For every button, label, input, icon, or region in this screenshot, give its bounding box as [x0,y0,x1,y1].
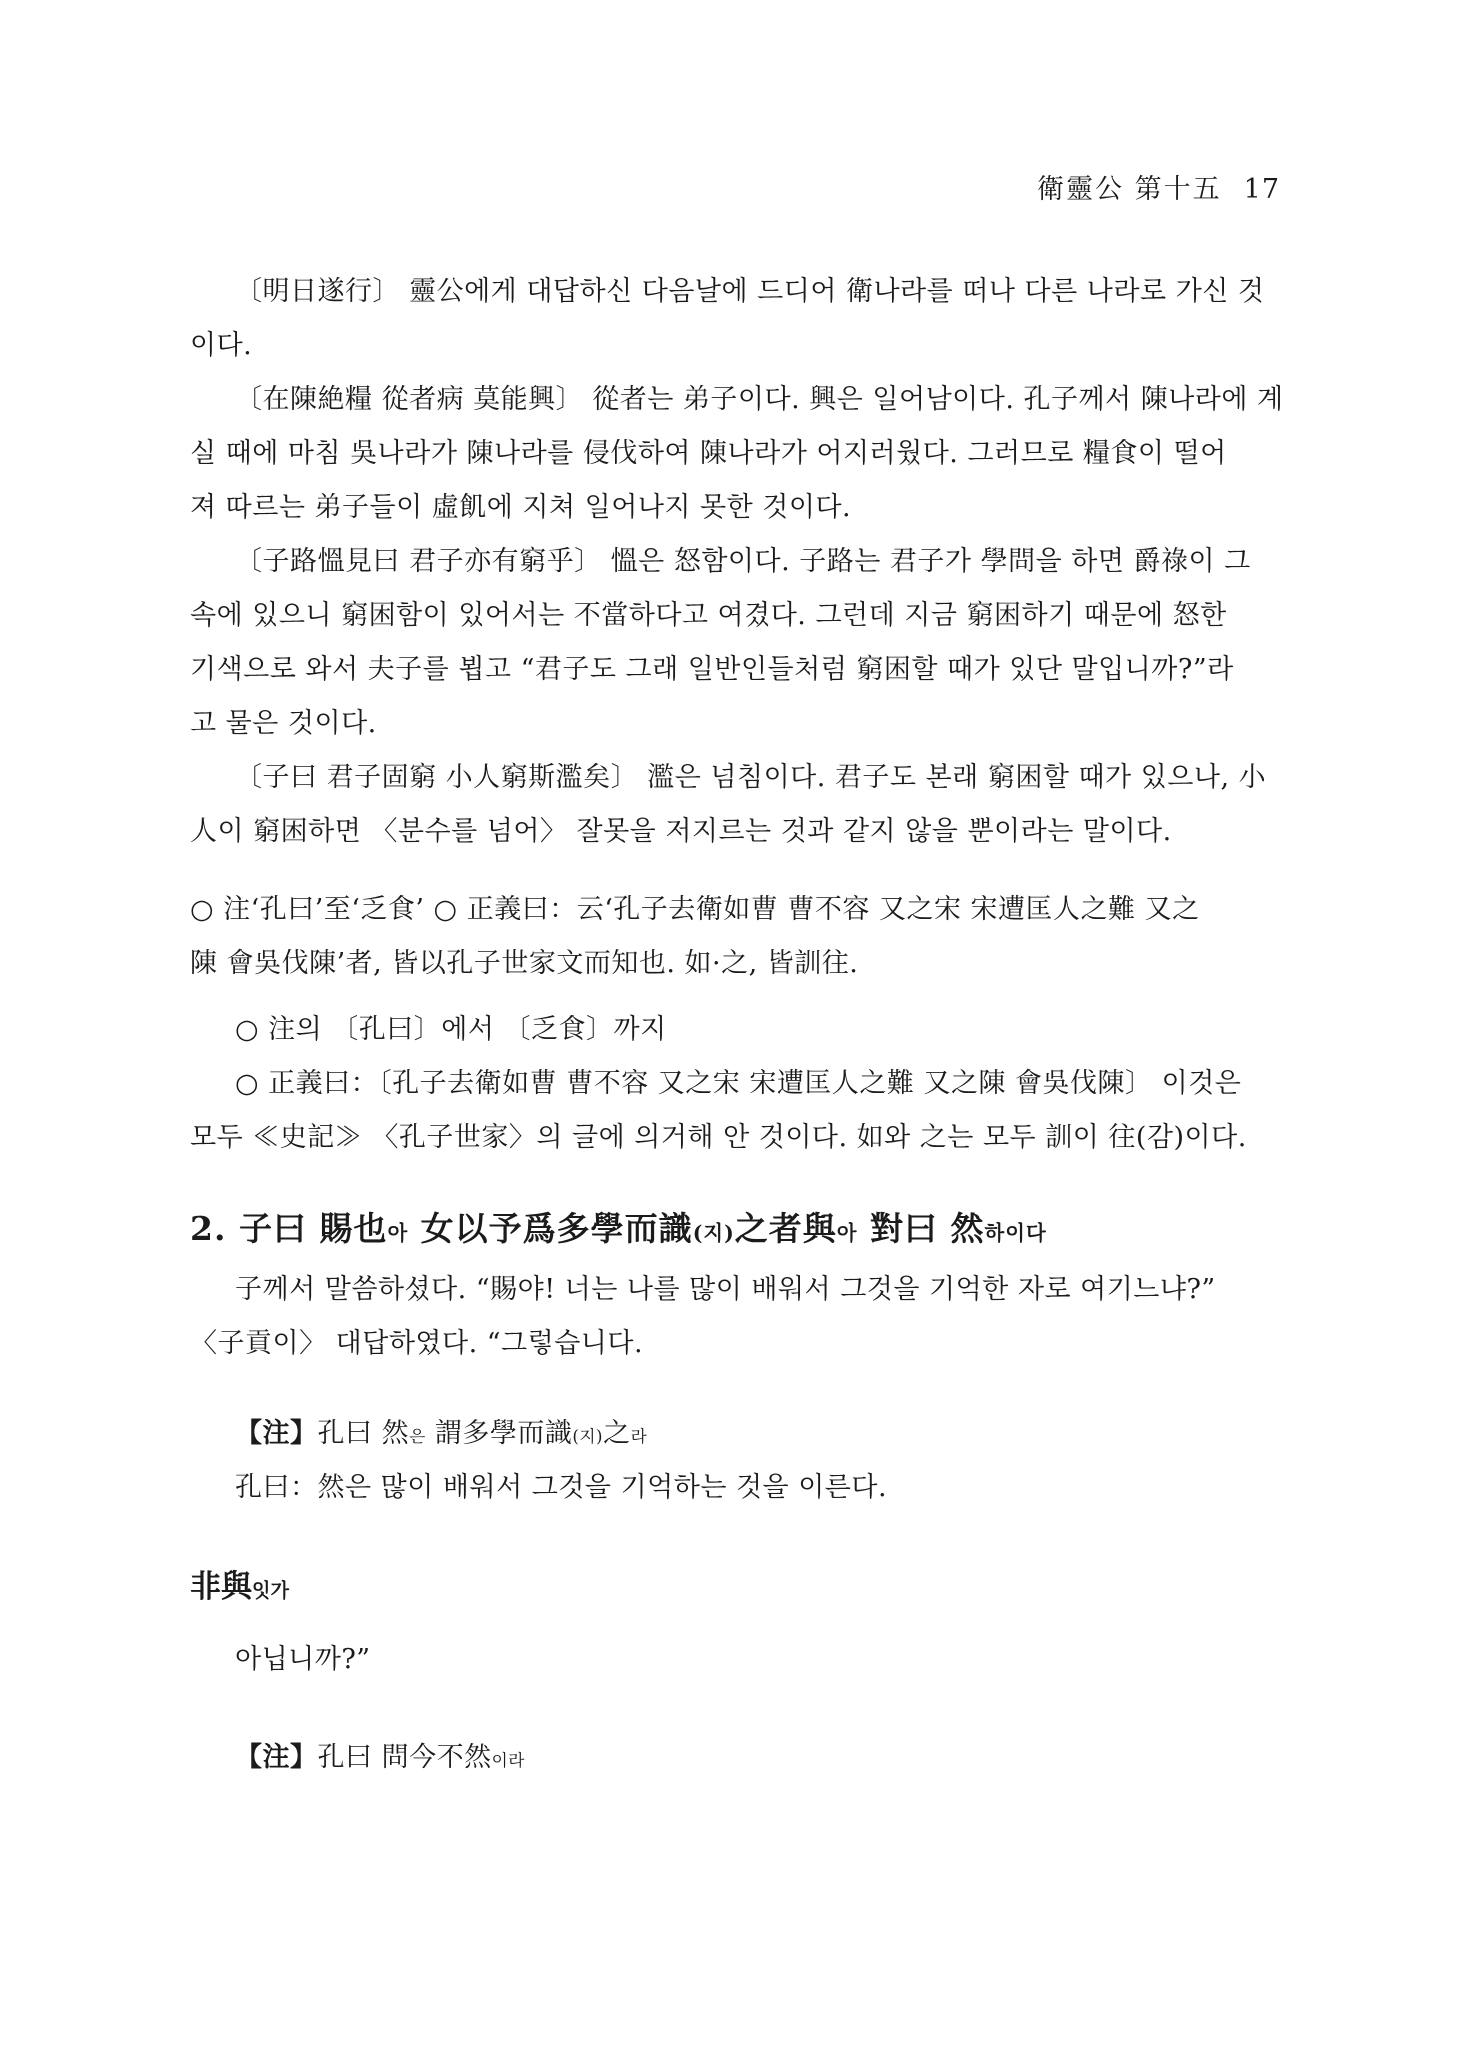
text-run: (지) [572,1426,603,1446]
text-line: 〔子路慍見曰 君子亦有窮乎〕 慍은 怒함이다. 子路는 君子가 學問을 하면 爵… [190,535,1330,589]
section-2-heading: 2. 子曰 賜也아 女以予爲多學而識(지)之者與아 對曰 然하이다 [190,1205,1330,1253]
text-run: 之者與 [735,1209,837,1248]
text-run: 陳 會吳伐陳’者, 皆以孔子世家文而知也. 如·之, 皆訓往. [190,948,858,979]
text-run: 고 물은 것이다. [190,708,377,739]
paragraph-commentary-1: 〔明日遂行〕 靈公에게 대답하신 다음날에 드디어 衛나라를 떠나 다른 나라로… [190,265,1330,373]
text-line: 陳 會吳伐陳’者, 皆以孔子世家文而知也. 如·之, 皆訓往. [190,937,1330,991]
text-run: 非與 [190,1569,252,1605]
text-run: 〔明日遂行〕 靈公에게 대답하신 다음날에 드디어 衛나라를 떠나 다른 나라로… [235,276,1264,307]
text-run: 기색으로 와서 夫子를 뵙고 “君子도 그래 일반인들처럼 窮困할 때가 있단 … [190,654,1234,685]
text-line: 이다. [190,319,1330,373]
text-run: 은 [409,1426,426,1446]
text-run: 子께서 말씀하셨다. “賜야! 너는 나를 많이 배워서 그것을 기억한 자로 … [235,1274,1216,1305]
text-line: 子께서 말씀하셨다. “賜야! 너는 나를 많이 배워서 그것을 기억한 자로 … [190,1263,1330,1317]
text-run: ○ 正義曰：〔孔子去衛如曹 曹不容 又之宋 宋遭匡人之難 又之陳 會吳伐陳〕 이… [235,1068,1241,1099]
text-run: 속에 있으니 窮困함이 있어서는 不當하다고 여겼다. 그런데 지금 窮困하기 … [190,600,1227,631]
text-run: 孔曰 問今不然 [318,1742,492,1773]
text-line: 속에 있으니 窮困함이 있어서는 不當하다고 여겼다. 그런데 지금 窮困하기 … [190,589,1330,643]
text-run: 人이 窮困하면 〈분수를 넘어〉 잘못을 저지르는 것과 같지 않을 뿐이라는 … [190,816,1172,847]
text-run: 【注】 [235,1418,318,1449]
text-run: 아 [387,1221,408,1245]
text-run: 이다. [190,330,252,361]
text-run: 라 [631,1426,648,1446]
text-line: 【注】孔曰 問今不然이라 [190,1731,1330,1785]
text-run: 〔子路慍見曰 君子亦有窮乎〕 慍은 怒함이다. 子路는 君子가 學問을 하면 爵… [235,546,1251,577]
chapter-title: 衛靈公 第十五 [1037,174,1222,205]
paragraph-commentary-4: 〔子曰 君子固窮 小人窮斯濫矣〕 濫은 넘침이다. 君子도 본래 窮困할 때가 … [190,751,1330,859]
text-run: 孔曰 然 [318,1418,410,1449]
text-run: ○ 注의 〔孔曰〕에서 〔乏食〕까지 [235,1014,667,1045]
text-line: 〔明日遂行〕 靈公에게 대답하신 다음날에 드디어 衛나라를 떠나 다른 나라로… [190,265,1330,319]
section-2-note: 【注】孔曰 然은 謂多學而識(지)之라 孔曰：然은 많이 배워서 그것을 기억하… [190,1407,1330,1515]
text-line: 실 때에 마침 吳나라가 陳나라를 侵伐하여 陳나라가 어지러웠다. 그러므로 … [190,427,1330,481]
text-line: ○ 正義曰：〔孔子去衛如曹 曹不容 又之宋 宋遭匡人之難 又之陳 會吳伐陳〕 이… [190,1057,1330,1111]
text-line: 【注】孔曰 然은 謂多學而識(지)之라 [190,1407,1330,1461]
paragraph-commentary-3: 〔子路慍見曰 君子亦有窮乎〕 慍은 怒함이다. 子路는 君子가 學問을 하면 爵… [190,535,1330,751]
text-run: 아닙니까?” [235,1644,371,1675]
page-number: 17 [1244,174,1280,205]
text-run: 아 [837,1221,858,1245]
text-run: 모두 ≪史記≫ 〈孔子世家〉의 글에 의거해 안 것이다. 如와 之는 모두 訓… [190,1122,1247,1153]
note-chinese: ○ 注‘孔曰’至‘乏食’ ○ 正義曰：云‘孔子去衛如曹 曹不容 又之宋 宋遭匡人… [190,883,1330,991]
book-page: 衛靈公 第十五17 〔明日遂行〕 靈公에게 대답하신 다음날에 드디어 衛나라를… [0,0,1480,2048]
text-area: 〔明日遂行〕 靈公에게 대답하신 다음날에 드디어 衛나라를 떠나 다른 나라로… [190,265,1330,1785]
text-run: 女以予爲多學而識 [408,1209,693,1248]
text-run: 이라 [492,1750,525,1770]
text-run: 對曰 然 [858,1209,985,1248]
section-2-translation: 子께서 말씀하셨다. “賜야! 너는 나를 많이 배워서 그것을 기억한 자로 … [190,1263,1330,1371]
text-line: 人이 窮困하면 〈분수를 넘어〉 잘못을 저지르는 것과 같지 않을 뿐이라는 … [190,805,1330,859]
text-line: ○ 注의 〔孔曰〕에서 〔乏食〕까지 [190,1003,1330,1057]
text-run: 2. 子曰 賜也 [190,1209,387,1248]
text-run: 실 때에 마침 吳나라가 陳나라를 侵伐하여 陳나라가 어지러웠다. 그러므로 … [190,438,1227,469]
text-line: 고 물은 것이다. [190,697,1330,751]
paragraph-commentary-2: 〔在陳絶糧 從者病 莫能興〕 從者는 弟子이다. 興은 일어남이다. 孔子께서 … [190,373,1330,535]
text-run: 【注】 [235,1742,318,1773]
section-3-heading: 非與잇가 [190,1565,1330,1609]
text-line: 아닙니까?” [190,1633,1330,1687]
text-run: 잇가 [252,1579,289,1602]
section-3-note: 【注】孔曰 問今不然이라 [190,1731,1330,1785]
text-line: 孔曰：然은 많이 배워서 그것을 기억하는 것을 이른다. [190,1461,1330,1515]
text-run: 之 [603,1418,631,1449]
text-run: 져 따르는 弟子들이 虛飢에 지쳐 일어나지 못한 것이다. [190,492,851,523]
text-run: 孔曰：然은 많이 배워서 그것을 기억하는 것을 이른다. [235,1472,887,1503]
text-line: ○ 注‘孔曰’至‘乏食’ ○ 正義曰：云‘孔子去衛如曹 曹不容 又之宋 宋遭匡人… [190,883,1330,937]
text-line: 〔在陳絶糧 從者病 莫能興〕 從者는 弟子이다. 興은 일어남이다. 孔子께서 … [190,373,1330,427]
text-line: 져 따르는 弟子들이 虛飢에 지쳐 일어나지 못한 것이다. [190,481,1330,535]
text-line: 〔子曰 君子固窮 小人窮斯濫矣〕 濫은 넘침이다. 君子도 본래 窮困할 때가 … [190,751,1330,805]
text-line: 기색으로 와서 夫子를 뵙고 “君子도 그래 일반인들처럼 窮困할 때가 있단 … [190,643,1330,697]
text-line: 〈子貢이〉 대답하였다. “그렇습니다. [190,1317,1330,1371]
text-line: 모두 ≪史記≫ 〈孔子世家〉의 글에 의거해 안 것이다. 如와 之는 모두 訓… [190,1111,1330,1165]
text-run: 謂多學而識 [426,1418,573,1449]
text-run: 〔子曰 君子固窮 小人窮斯濫矣〕 濫은 넘침이다. 君子도 본래 窮困할 때가 … [235,762,1266,793]
section-3-translation: 아닙니까?” [190,1633,1330,1687]
text-run: ○ 注‘孔曰’至‘乏食’ ○ 正義曰：云‘孔子去衛如曹 曹不容 又之宋 宋遭匡人… [190,894,1200,925]
running-head: 衛靈公 第十五17 [190,173,1280,207]
text-run: 〈子貢이〉 대답하였다. “그렇습니다. [190,1328,643,1359]
text-run: (지) [693,1221,735,1245]
text-run: 〔在陳絶糧 從者病 莫能興〕 從者는 弟子이다. 興은 일어남이다. 孔子께서 … [235,384,1284,415]
note-korean: ○ 注의 〔孔曰〕에서 〔乏食〕까지 ○ 正義曰：〔孔子去衛如曹 曹不容 又之宋… [190,1003,1330,1165]
text-run: 하이다 [985,1221,1047,1245]
